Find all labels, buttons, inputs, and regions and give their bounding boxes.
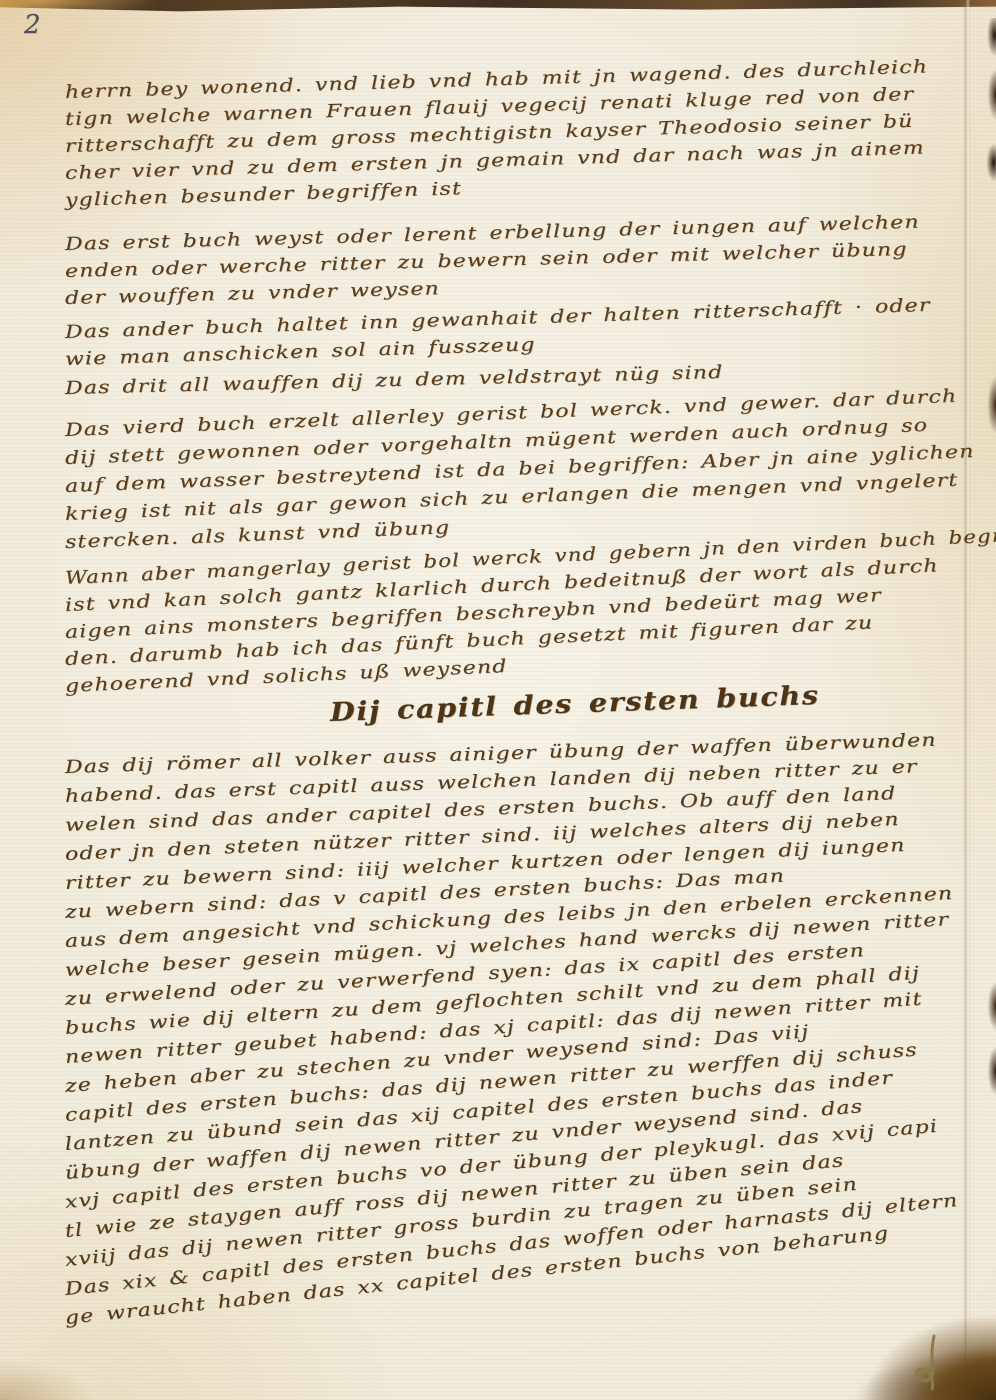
page-top-edge-shadow: [0, 0, 996, 12]
stain-bottom-left: [0, 1340, 160, 1400]
corner-ink-flourish-icon: [912, 1332, 946, 1392]
folio-number: 2: [24, 10, 41, 40]
chapter-list-heading: Dij capitl des ersten buchs: [329, 681, 820, 728]
manuscript-page: 2 herrn bey wonend. vnd lieb vnd hab mit…: [0, 0, 996, 1400]
